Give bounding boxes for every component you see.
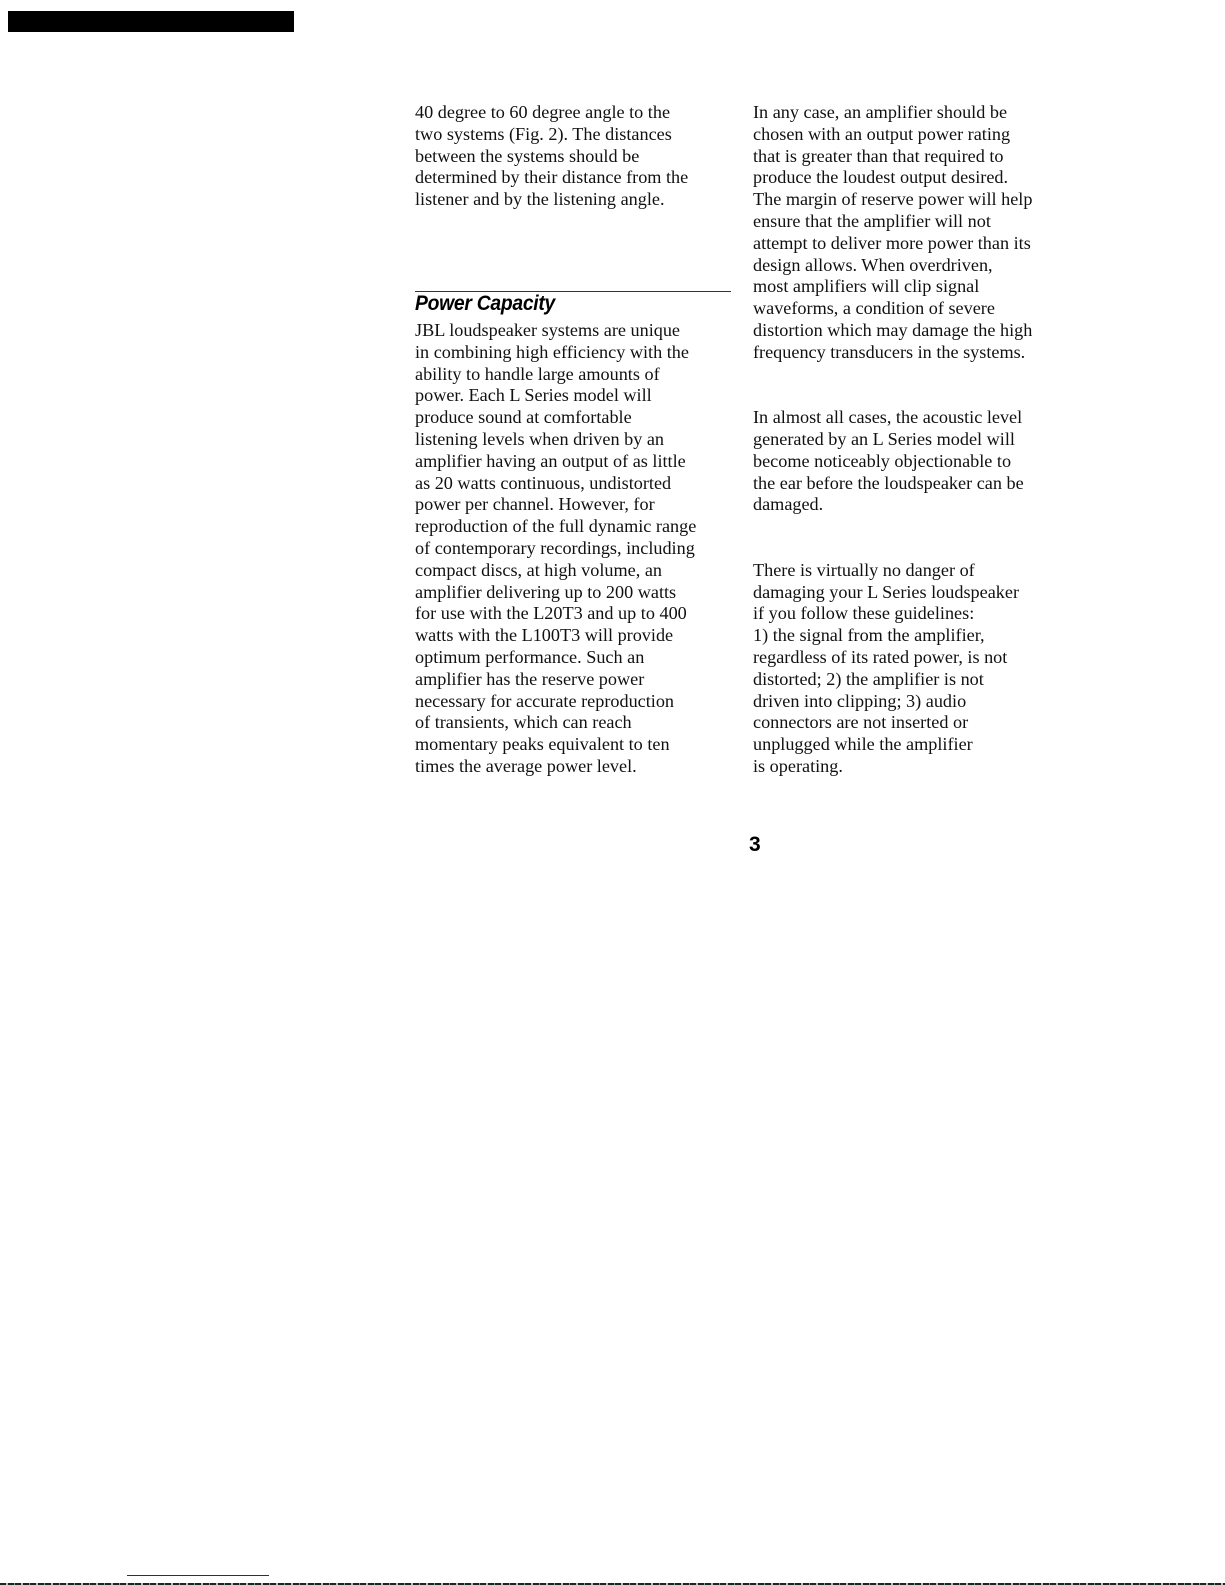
text-line: generated by an L Series model will bbox=[753, 429, 1083, 451]
text-line: as 20 watts continuous, undistorted bbox=[415, 473, 745, 495]
text-line: design allows. When overdriven, bbox=[753, 255, 1083, 277]
page-number: 3 bbox=[749, 833, 761, 857]
intro-paragraph: 40 degree to 60 degree angle to the two … bbox=[415, 102, 745, 211]
paragraph-spacer bbox=[753, 516, 1083, 560]
text-line: The margin of reserve power will help bbox=[753, 189, 1083, 211]
text-line: listener and by the listening angle. bbox=[415, 189, 745, 211]
text-line: chosen with an output power rating bbox=[753, 124, 1083, 146]
text-line: determined by their distance from the bbox=[415, 167, 745, 189]
text-line: In any case, an amplifier should be bbox=[753, 102, 1083, 124]
text-line: if you follow these guidelines: bbox=[753, 603, 1083, 625]
right-column: In any case, an amplifier should be chos… bbox=[753, 102, 1083, 778]
text-line: amplifier delivering up to 200 watts bbox=[415, 582, 745, 604]
text-line: listening levels when driven by an bbox=[415, 429, 745, 451]
text-line: distortion which may damage the high bbox=[753, 320, 1083, 342]
text-line: times the average power level. bbox=[415, 756, 745, 778]
text-line: 1) the signal from the amplifier, bbox=[753, 625, 1083, 647]
text-line: become noticeably objectionable to bbox=[753, 451, 1083, 473]
text-line: amplifier having an output of as little bbox=[415, 451, 745, 473]
text-line: power. Each L Series model will bbox=[415, 385, 745, 407]
text-line: most amplifiers will clip signal bbox=[753, 276, 1083, 298]
section-heading-power-capacity: Power Capacity bbox=[415, 292, 555, 316]
acoustic-level-paragraph: In almost all cases, the acoustic level … bbox=[753, 407, 1083, 516]
text-line: the ear before the loudspeaker can be bbox=[753, 473, 1083, 495]
text-line: unplugged while the amplifier bbox=[753, 734, 1083, 756]
text-line: momentary peaks equivalent to ten bbox=[415, 734, 745, 756]
text-line: produce sound at comfortable bbox=[415, 407, 745, 429]
header-black-bar bbox=[8, 11, 294, 32]
text-line: ability to handle large amounts of bbox=[415, 364, 745, 386]
text-line: for use with the L20T3 and up to 400 bbox=[415, 603, 745, 625]
text-line: regardless of its rated power, is not bbox=[753, 647, 1083, 669]
text-line: produce the loudest output desired. bbox=[753, 167, 1083, 189]
text-line: distorted; 2) the amplifier is not bbox=[753, 669, 1083, 691]
text-line: attempt to deliver more power than its bbox=[753, 233, 1083, 255]
bottom-blue-rule bbox=[127, 1575, 269, 1576]
guidelines-paragraph: There is virtually no danger of damaging… bbox=[753, 560, 1083, 778]
text-line: in combining high efficiency with the bbox=[415, 342, 745, 364]
text-line: In almost all cases, the acoustic level bbox=[753, 407, 1083, 429]
text-line: connectors are not inserted or bbox=[753, 712, 1083, 734]
power-capacity-paragraph: JBL loudspeaker systems are unique in co… bbox=[415, 320, 745, 778]
text-line: compact discs, at high volume, an bbox=[415, 560, 745, 582]
text-line: power per channel. However, for bbox=[415, 494, 745, 516]
paragraph-spacer bbox=[753, 364, 1083, 408]
text-line: two systems (Fig. 2). The distances bbox=[415, 124, 745, 146]
text-line: optimum performance. Such an bbox=[415, 647, 745, 669]
text-line: of transients, which can reach bbox=[415, 712, 745, 734]
amplifier-rating-paragraph: In any case, an amplifier should be chos… bbox=[753, 102, 1083, 364]
text-line: 40 degree to 60 degree angle to the bbox=[415, 102, 745, 124]
text-line: is operating. bbox=[753, 756, 1083, 778]
left-column-intro: 40 degree to 60 degree angle to the two … bbox=[415, 102, 745, 211]
text-line: watts with the L100T3 will provide bbox=[415, 625, 745, 647]
text-line: between the systems should be bbox=[415, 146, 745, 168]
text-line: JBL loudspeaker systems are unique bbox=[415, 320, 745, 342]
text-line: damaged. bbox=[753, 494, 1083, 516]
text-line: reproduction of the full dynamic range bbox=[415, 516, 745, 538]
text-line: that is greater than that required to bbox=[753, 146, 1083, 168]
text-line: driven into clipping; 3) audio bbox=[753, 691, 1083, 713]
text-line: frequency transducers in the systems. bbox=[753, 342, 1083, 364]
text-line: amplifier has the reserve power bbox=[415, 669, 745, 691]
text-line: There is virtually no danger of bbox=[753, 560, 1083, 582]
text-line: waveforms, a condition of severe bbox=[753, 298, 1083, 320]
text-line: necessary for accurate reproduction bbox=[415, 691, 745, 713]
text-line: damaging your L Series loudspeaker bbox=[753, 582, 1083, 604]
text-line: of contemporary recordings, including bbox=[415, 538, 745, 560]
text-line: ensure that the amplifier will not bbox=[753, 211, 1083, 233]
